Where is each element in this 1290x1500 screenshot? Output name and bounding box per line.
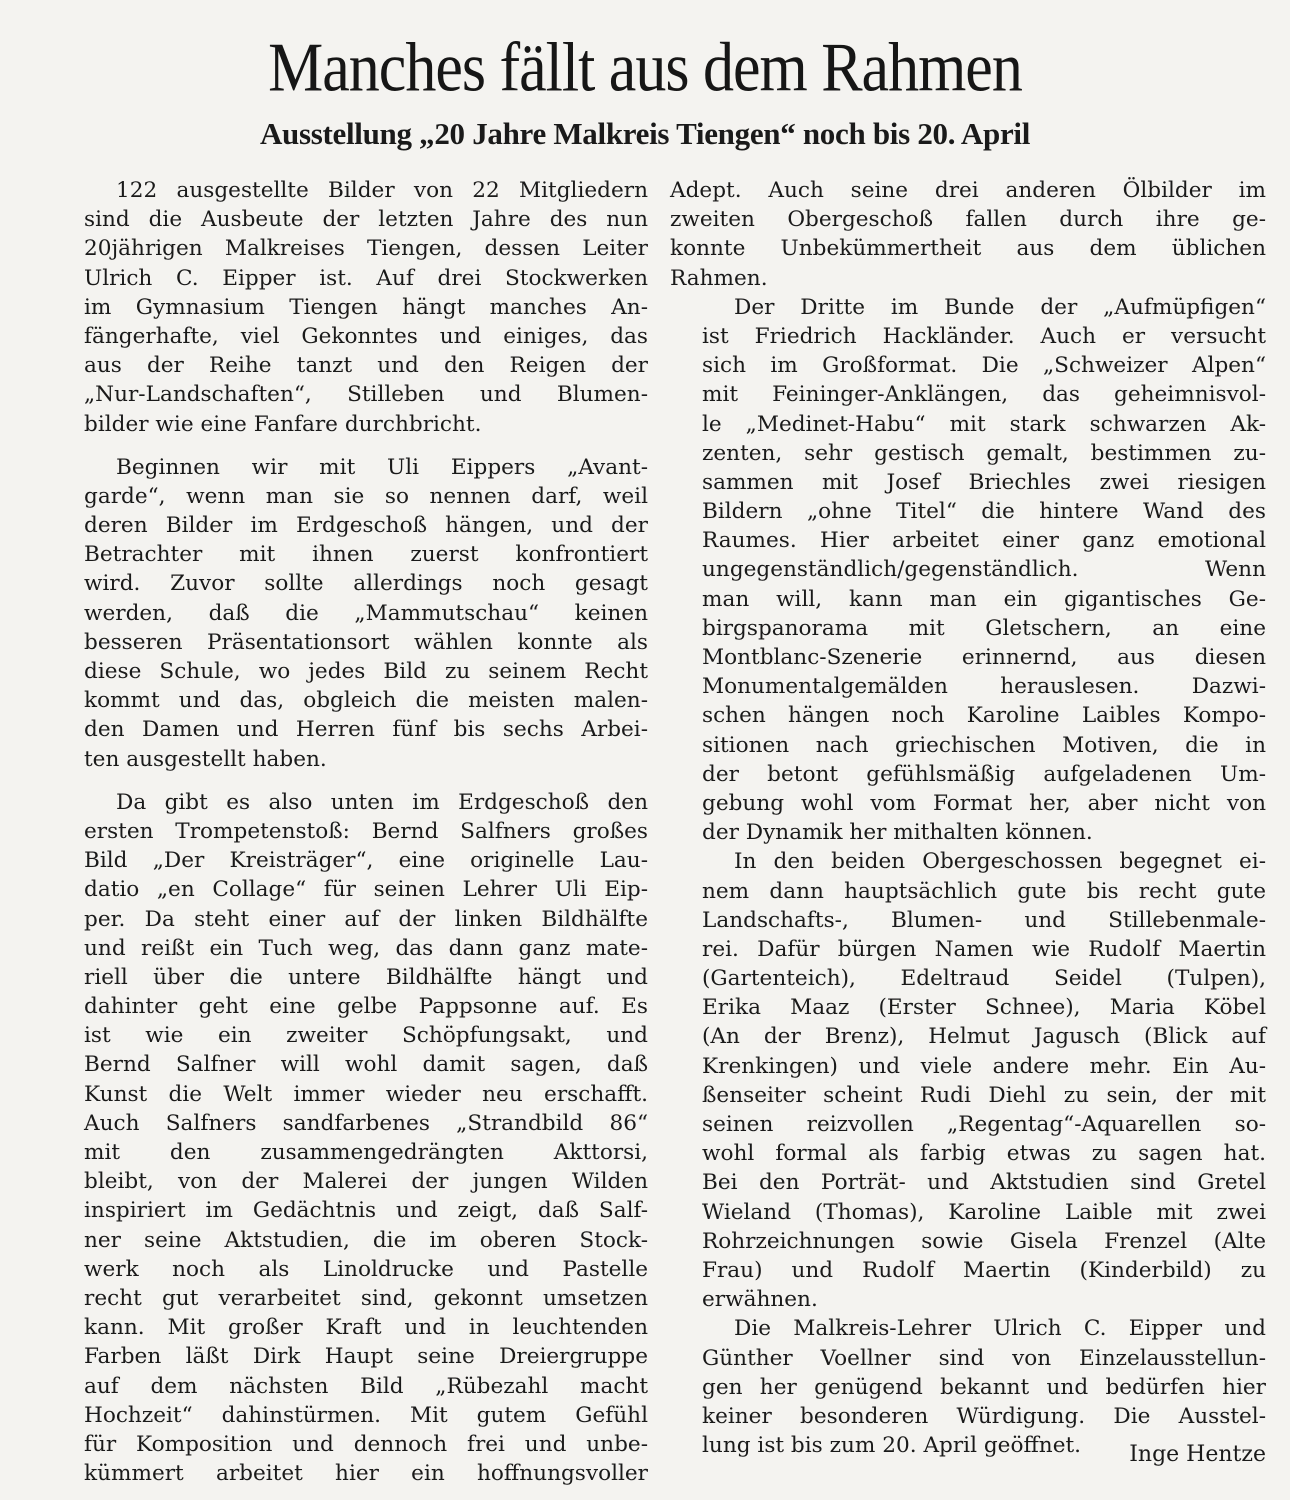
- text-line: kümmert arbeitet hier ein hoffnungsvolle…: [52, 1459, 648, 1488]
- text-line: inspiriert im Gedächtnis und zeigt, daß …: [52, 1196, 648, 1225]
- text-line: auf dem nächsten Bild „Rübezahl macht: [52, 1372, 648, 1401]
- text-line: Bildern „ohne Titel“ die hintere Wand de…: [670, 497, 1266, 526]
- text-line: Rahmen.: [670, 264, 1266, 293]
- text-line: deren Bilder im Erdgeschoß hängen, und d…: [52, 511, 648, 540]
- paragraph-3: Da gibt es also unten im Erdgeschoß den …: [52, 788, 648, 1489]
- text-line: Kunst die Welt immer wieder neu erschaff…: [52, 1080, 648, 1109]
- text-line: Landschafts-, Blumen- und Stillebenmale-: [670, 906, 1266, 935]
- text-line: Der Dritte im Bunde der „Aufmüpfigen“: [670, 293, 1266, 322]
- right-column: Adept. Auch seine drei anderen Ölbilder …: [670, 176, 1266, 1460]
- text-line: gebung wohl vom Format her, aber nicht v…: [670, 789, 1266, 818]
- paragraph-continued: Adept. Auch seine drei anderen Ölbilder …: [670, 176, 1266, 293]
- text-line: In den beiden Obergeschossen begegnet ei…: [670, 847, 1266, 876]
- text-line: birgspanorama mit Gletschern, an eine: [670, 614, 1266, 643]
- text-line: kommt und das, obgleich die meisten male…: [52, 686, 648, 715]
- text-line: ersten Trompetenstoß: Bernd Salfners gro…: [52, 817, 648, 846]
- text-line: Farben läßt Dirk Haupt seine Dreiergrupp…: [52, 1342, 648, 1371]
- text-line: zweiten Obergeschoß fallen durch ihre ge…: [670, 205, 1266, 234]
- text-line: rei. Dafür bürgen Namen wie Rudolf Maert…: [670, 935, 1266, 964]
- text-line: 20jährigen Malkreises Tiengen, dessen Le…: [52, 234, 648, 263]
- text-line: recht gut verarbeitet sind, gekonnt umse…: [52, 1284, 648, 1313]
- text-line: sind die Ausbeute der letzten Jahre des …: [52, 205, 648, 234]
- text-line: ner seine Aktstudien, die im oberen Stoc…: [52, 1226, 648, 1255]
- text-line: besseren Präsentationsort wählen konnte …: [52, 628, 648, 657]
- text-line: im Gymnasium Tiengen hängt manches An-: [52, 293, 648, 322]
- text-line: mit den zusammengedrängten Akttorsi,: [52, 1138, 648, 1167]
- text-line: Ulrich C. Eipper ist. Auf drei Stockwerk…: [52, 264, 648, 293]
- text-line: aus der Reihe tanzt und den Reigen der: [52, 351, 648, 380]
- text-line: sitionen nach griechischen Motiven, die …: [670, 731, 1266, 760]
- text-line: Da gibt es also unten im Erdgeschoß den: [52, 788, 648, 817]
- text-line: dahinter geht eine gelbe Pappsonne auf. …: [52, 992, 648, 1021]
- headline: Manches fällt aus dem Rahmen: [0, 28, 1290, 109]
- text-line: keiner besonderen Würdigung. Die Ausstel…: [670, 1402, 1266, 1431]
- text-line: und reißt ein Tuch weg, das dann ganz ma…: [52, 934, 648, 963]
- text-line: (An der Brenz), Helmut Jagusch (Blick au…: [670, 1022, 1266, 1051]
- text-line: kann. Mit großer Kraft und in leuchtende…: [52, 1313, 648, 1342]
- text-line: Wieland (Thomas), Karoline Laible mit zw…: [670, 1198, 1266, 1227]
- text-line: konnte Unbekümmertheit aus dem üblichen: [670, 234, 1266, 263]
- text-line: sich im Großformat. Die „Schweizer Alpen…: [670, 351, 1266, 380]
- text-line: Bernd Salfner will wohl damit sagen, daß: [52, 1050, 648, 1079]
- text-line: wird. Zuvor sollte allerdings noch gesag…: [52, 569, 648, 598]
- text-line: gen her genügend bekannt und bedürfen hi…: [670, 1373, 1266, 1402]
- paragraph-6: Die Malkreis-Lehrer Ulrich C. Eipper und…: [670, 1314, 1266, 1460]
- text-line: diese Schule, wo jedes Bild zu seinem Re…: [52, 657, 648, 686]
- author-byline: Inge Hentze: [1129, 1440, 1266, 1470]
- text-line: Bei den Porträt- und Aktstudien sind Gre…: [670, 1168, 1266, 1197]
- text-line: man will, kann man ein gigantisches Ge-: [670, 585, 1266, 614]
- text-line: Günther Voellner sind von Einzelausstell…: [670, 1344, 1266, 1373]
- text-line: datio „en Collage“ für seinen Lehrer Uli…: [52, 875, 648, 904]
- subheadline: Ausstellung „20 Jahre Malkreis Tiengen“ …: [0, 114, 1290, 154]
- text-line: Frau) und Rudolf Maertin (Kinderbild) zu: [670, 1256, 1266, 1285]
- text-line: „Nur-Landschaften“, Stilleben und Blumen…: [52, 380, 648, 409]
- text-line: Adept. Auch seine drei anderen Ölbilder …: [670, 176, 1266, 205]
- text-line: le „Medinet-Habu“ mit stark schwarzen Ak…: [670, 410, 1266, 439]
- text-line: mit Feininger-Anklängen, das geheimnisvo…: [670, 380, 1266, 409]
- text-line: Raumes. Hier arbeitet einer ganz emotion…: [670, 526, 1266, 555]
- text-line: ist wie ein zweiter Schöpfungsakt, und: [52, 1021, 648, 1050]
- paragraph-5: In den beiden Obergeschossen begegnet ei…: [670, 847, 1266, 1314]
- text-line: bleibt, von der Malerei der jungen Wilde…: [52, 1167, 648, 1196]
- text-line: Auch Salfners sandfarbenes „Strandbild 8…: [52, 1109, 648, 1138]
- text-line: sammen mit Josef Briechles zwei riesigen: [670, 468, 1266, 497]
- text-line: Krenkingen) und viele andere mehr. Ein A…: [670, 1052, 1266, 1081]
- text-line: der betont gefühlsmäßig aufgeladenen Um-: [670, 760, 1266, 789]
- text-line: ßenseiter scheint Rudi Diehl zu sein, de…: [670, 1081, 1266, 1110]
- paragraph-4: Der Dritte im Bunde der „Aufmüpfigen“ is…: [670, 293, 1266, 848]
- text-line: der Dynamik her mithalten können.: [670, 818, 1266, 847]
- text-line: erwähnen.: [670, 1285, 1266, 1314]
- text-line: zenten, sehr gestisch gemalt, bestimmen …: [670, 439, 1266, 468]
- text-line: (Gartenteich), Edeltraud Seidel (Tulpen)…: [670, 964, 1266, 993]
- text-line: garde“, wenn man sie so nennen darf, wei…: [52, 482, 648, 511]
- text-line: bilder wie eine Fanfare durchbricht.: [52, 410, 648, 439]
- text-line: für Komposition und dennoch frei und unb…: [52, 1430, 648, 1459]
- text-line: 122 ausgestellte Bilder von 22 Mitgliede…: [52, 176, 648, 205]
- text-line: Rohrzeichnungen sowie Gisela Frenzel (Al…: [670, 1227, 1266, 1256]
- text-line: Betrachter mit ihnen zuerst konfrontiert: [52, 540, 648, 569]
- text-line: nem dann hauptsächlich gute bis recht gu…: [670, 877, 1266, 906]
- left-column: 122 ausgestellte Bilder von 22 Mitgliede…: [52, 176, 648, 1488]
- text-line: schen hängen noch Karoline Laibles Kompo…: [670, 701, 1266, 730]
- text-line: fängerhafte, viel Gekonntes und einiges,…: [52, 322, 648, 351]
- text-line: wohl formal als farbig etwas zu sagen ha…: [670, 1139, 1266, 1168]
- text-line: seinen reizvollen „Regentag“-Aquarellen …: [670, 1110, 1266, 1139]
- paragraph-1: 122 ausgestellte Bilder von 22 Mitgliede…: [52, 176, 648, 439]
- text-line: ist Friedrich Hackländer. Auch er versuc…: [670, 322, 1266, 351]
- text-line: Erika Maaz (Erster Schnee), Maria Köbel: [670, 993, 1266, 1022]
- text-line: Die Malkreis-Lehrer Ulrich C. Eipper und: [670, 1314, 1266, 1343]
- paragraph-2: Beginnen wir mit Uli Eippers „Avant- gar…: [52, 453, 648, 774]
- text-line: per. Da steht einer auf der linken Bildh…: [52, 905, 648, 934]
- text-line: werk noch als Linoldrucke und Pastelle: [52, 1255, 648, 1284]
- text-line: den Damen und Herren fünf bis sechs Arbe…: [52, 715, 648, 744]
- text-line: Montblanc-Szenerie erinnernd, aus diesen: [670, 643, 1266, 672]
- text-line: werden, daß die „Mammutschau“ keinen: [52, 599, 648, 628]
- text-line: Beginnen wir mit Uli Eippers „Avant-: [52, 453, 648, 482]
- text-line: Monumentalgemälden herauslesen. Dazwi-: [670, 672, 1266, 701]
- text-line: ten ausgestellt haben.: [52, 745, 648, 774]
- text-line: Hochzeit“ dahinstürmen. Mit gutem Gefühl: [52, 1401, 648, 1430]
- text-line: riell über die untere Bildhälfte hängt u…: [52, 963, 648, 992]
- text-line: Bild „Der Kreisträger“, eine originelle …: [52, 846, 648, 875]
- text-line: ungegenständlich/gegenständlich. Wenn: [670, 555, 1266, 584]
- newspaper-clipping: Manches fällt aus dem Rahmen Ausstellung…: [0, 0, 1290, 1500]
